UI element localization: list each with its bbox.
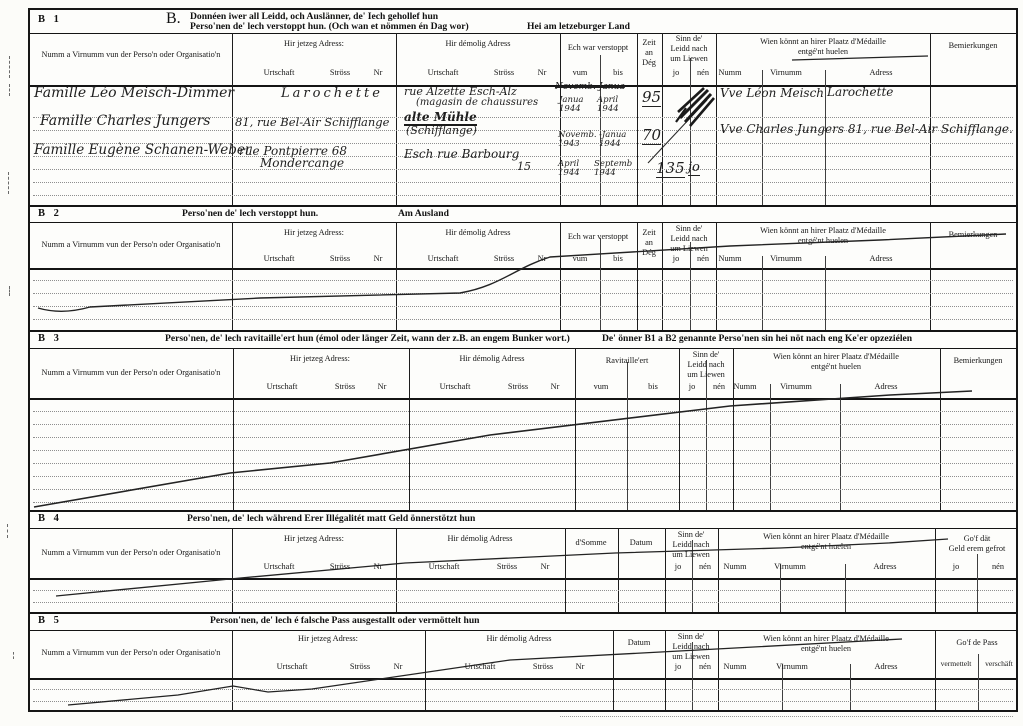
col-header-zeit: Dég [642, 248, 656, 258]
col-header-adress: Adress [874, 382, 897, 392]
col-header-wien-line2: entgé'nt huelen [801, 644, 851, 654]
grid-line [232, 33, 233, 205]
section-b4-title: Perso'nen, de' lech während Erer Illégal… [187, 513, 475, 524]
col-header-nen: nén [697, 254, 709, 264]
col-header-stross: Ströss [508, 382, 528, 392]
col-header-virnumm: Virnumm [780, 382, 812, 392]
col-header-stross: Ströss [330, 254, 350, 264]
grid-line [706, 360, 707, 510]
col-header-jo: jo [673, 254, 679, 264]
grid-line [30, 33, 1016, 34]
col-header-demolig-adress: Hir démolig Adress [446, 228, 511, 238]
col-header-virnumm: Virnumm [770, 254, 802, 264]
col-header-vermettelt: vermettelt [941, 660, 972, 669]
col-header-sinn: Leidd nach [672, 540, 709, 550]
grid-line [560, 33, 561, 205]
handwritten-name-row2: Famille Charles Jungers [40, 114, 211, 129]
col-header-bis: bis [613, 254, 623, 264]
col-header-gof-pass: Go'f de Pass [956, 638, 997, 648]
col-header-datum: Datum [630, 538, 653, 548]
col-header-numm: Numm [723, 562, 746, 572]
grid-line [662, 222, 663, 330]
col-header-zeit: an [645, 238, 653, 248]
col-header-stross: Ströss [350, 662, 370, 672]
col-header-stross: Ströss [330, 562, 350, 572]
col-header-numm: Numm [718, 68, 741, 78]
grid-line [716, 222, 717, 330]
form-b-sections: B 1 B. Donnéen iwer all Leidd, och Auslä… [28, 8, 1018, 712]
grid-line [637, 222, 638, 330]
col-header-name: Numm a Virnumm vun der Perso'n oder Orga… [42, 648, 221, 658]
col-header-jo: jo [675, 662, 681, 672]
col-header-demolig-adress: Hir démolig Adress [446, 39, 511, 49]
section-b1-id: B 1 [38, 14, 62, 25]
grid-line [30, 268, 1016, 270]
col-header-adress: Adress [873, 562, 896, 572]
col-header-vum: vum [573, 254, 588, 264]
row-line [33, 293, 1013, 294]
grid-line [935, 630, 936, 710]
row-line [33, 463, 1013, 464]
handwritten-medaille-numm-row1: Vve Léon Meisch [720, 87, 824, 100]
col-header-jetzeg-adress: Hir jetzeg Adress: [284, 228, 344, 238]
col-header-sinn: um Liewen [672, 550, 710, 560]
handwritten-medaille-row2: Vve Charles Jungers 81, rue Bel-Air Schi… [720, 123, 1013, 136]
col-header-urtschaft: Urtschaft [264, 254, 295, 264]
row-line [33, 182, 1013, 183]
row-line [33, 689, 1013, 690]
col-header-sinn: Sinn de' [676, 224, 703, 234]
handwritten-vum-row3: April 1944 [558, 160, 592, 178]
handwritten-bis-row1: April 1944 [597, 96, 635, 114]
col-header-zeit: Zeit [642, 38, 655, 48]
grid-line [718, 630, 719, 710]
grid-line [840, 384, 841, 510]
grid-line [733, 348, 734, 510]
col-header-sinn: um Liewen [670, 54, 708, 64]
col-header-zeit: Dég [642, 58, 656, 68]
grid-line [930, 33, 931, 205]
handwritten-zeit-row1: 95 [642, 90, 661, 107]
col-header-wien-line1: Wien könnt an hirer Plaatz d'Médaille [763, 634, 889, 644]
col-header-bis: bis [648, 382, 658, 392]
grid-line [850, 664, 851, 710]
grid-line [930, 222, 931, 330]
col-header-zeit: an [645, 48, 653, 58]
grid-line [690, 242, 691, 330]
row-line [33, 590, 1013, 591]
col-header-vum: vum [594, 382, 609, 392]
col-header-numm: Numm [723, 662, 746, 672]
grid-line [30, 398, 1016, 400]
col-header-jo: jo [675, 562, 681, 572]
grid-line [560, 222, 561, 330]
col-header-nr: Nr [378, 382, 387, 392]
col-header-stross: Ströss [335, 382, 355, 392]
section-b3-id: B 3 [38, 333, 62, 344]
col-header-nr: Nr [374, 562, 383, 572]
col-header-sinn: Leidd nach [672, 642, 709, 652]
col-header-urtschaft: Urtschaft [428, 68, 459, 78]
col-header-name: Numm a Virnumm vun der Perso'n oder Orga… [42, 368, 221, 378]
col-header-urtschaft: Urtschaft [465, 662, 496, 672]
col-header-nen: nén [713, 382, 725, 392]
col-header-numm: Numm [733, 382, 756, 392]
grid-line [770, 384, 771, 510]
row-line [33, 476, 1013, 477]
grid-line [627, 362, 628, 510]
col-header-urtschaft: Urtschaft [264, 562, 295, 572]
grid-line [396, 222, 397, 330]
section-b5-title: Person'nen, de' lech é falsche Pass ausg… [210, 615, 480, 626]
col-header-urtschaft: Urtschaft [440, 382, 471, 392]
grid-line [575, 348, 576, 510]
grid-line [600, 238, 601, 330]
grid-line [716, 33, 717, 205]
col-header-urtschaft: Urtschaft [277, 662, 308, 672]
grid-line [30, 612, 1016, 614]
col-header-demolig-adress: Hir démolig Adress [460, 354, 525, 364]
col-header-virnumm: Virnumm [776, 662, 808, 672]
row-line [33, 280, 1013, 281]
grid-line [618, 528, 619, 612]
col-header-sinn: Sinn de' [676, 34, 703, 44]
col-header-stross: Ströss [330, 68, 350, 78]
col-header-bemierkungen: Bemierkungen [954, 356, 1003, 366]
scan-artifact [8, 172, 9, 194]
col-header-zeit: Zeit [642, 228, 655, 238]
col-header-urtschaft: Urtschaft [264, 68, 295, 78]
col-header-nen: nén [697, 68, 709, 78]
row-line [33, 411, 1013, 412]
grid-line [396, 528, 397, 612]
col-header-vum: vum [573, 68, 588, 78]
handwritten-jo-row3: jo [688, 161, 700, 176]
col-header-bemierkungen: Bemierkungen [949, 41, 998, 51]
col-header-adress: Adress [869, 254, 892, 264]
handwritten-zeit-row3: 135 [656, 161, 685, 178]
handwritten-bis-row2: -Janua 1944 [599, 131, 637, 149]
col-header-verschaft: verschäft [985, 660, 1013, 669]
col-header-urtschaft: Urtschaft [428, 254, 459, 264]
col-header-sinn: Leidd nach [687, 360, 724, 370]
grid-line [30, 222, 1016, 223]
grid-line [30, 630, 1016, 631]
grid-line [396, 33, 397, 205]
col-header-bemierkungen: Bemierkungen [949, 230, 998, 240]
scan-artifact [9, 84, 10, 96]
handwritten-jetzeg-row1: Larochette [267, 87, 397, 101]
grid-line [30, 205, 1016, 207]
handwritten-name-row3: Famille Eugène Schanen-Weber [34, 143, 251, 157]
grid-line [30, 348, 1016, 349]
col-header-datum: Datum [628, 638, 651, 648]
handwritten-vum-row2: Novemb. 1943 [558, 131, 598, 149]
handwritten-jetzeg-row3b: Mondercange [260, 157, 344, 170]
col-header-ravitailleert: Ravitaille'ert [606, 356, 649, 366]
grid-line [665, 630, 666, 710]
row-line [33, 701, 1013, 702]
col-header-numm: Numm [718, 254, 741, 264]
grid-line [679, 348, 680, 510]
col-header-nr: Nr [551, 382, 560, 392]
row-line [33, 195, 1013, 196]
col-header-wien-line2: entgé'nt huelen [798, 236, 848, 246]
section-b4-id: B 4 [38, 513, 62, 524]
col-header-demolig-adress: Hir démolig Adress [487, 634, 552, 644]
section-b1-title-line2: Perso'nen de' lech verstoppt hun. (Och w… [190, 21, 469, 32]
row-line [33, 319, 1013, 320]
col-header-jetzeg-adress: Hir jetzeg Adress: [290, 354, 350, 364]
grid-line [665, 528, 666, 612]
scanned-form-page: B 1 B. Donnéen iwer all Leidd, och Auslä… [0, 0, 1023, 726]
row-line [33, 306, 1013, 307]
grid-line [825, 70, 826, 205]
col-header-stross: Ströss [494, 68, 514, 78]
section-b2-title-right: Am Ausland [398, 208, 449, 219]
handwritten-bis-row3: Septemb 1944 [594, 160, 638, 178]
grid-line [30, 678, 1016, 680]
col-header-sinn: Sinn de' [678, 530, 705, 540]
handwritten-vum-struck-row1: Novemb.-Janua [555, 83, 625, 92]
scan-artifact [13, 652, 14, 659]
handwritten-demolig-row1: rue Alzette Esch-Alz [404, 86, 517, 98]
col-header-nr: Nr [394, 662, 403, 672]
col-header-sinn: Leidd nach [670, 234, 707, 244]
section-b5-id: B 5 [38, 615, 62, 626]
col-header-name: Numm a Virnumm vun der Perso'n oder Orga… [42, 548, 221, 558]
grid-line [565, 528, 566, 612]
col-header-demolig-adress: Hir démolig Adress [448, 534, 513, 544]
col-header-nr: Nr [374, 254, 383, 264]
handwritten-name-row1: Famille Léo Meisch-Dimmer [34, 86, 234, 101]
col-header-jetzeg-adress: Hir jetzeg Adress: [284, 39, 344, 49]
grid-line [637, 33, 638, 205]
col-header-nr: Nr [541, 562, 550, 572]
handwritten-demolig-row3b: 15 [517, 161, 531, 173]
grid-line [232, 630, 233, 710]
col-header-adress: Adress [874, 662, 897, 672]
scan-artifact [9, 56, 10, 78]
col-header-adress: Adress [869, 68, 892, 78]
col-header-sinn: um Liewen [672, 652, 710, 662]
row-line [33, 502, 1013, 503]
col-header-jo: jo [673, 68, 679, 78]
col-header-stross: Ströss [533, 662, 553, 672]
col-header-wien-line1: Wien könnt an hirer Plaatz d'Médaille [760, 37, 886, 47]
col-header-virnumm: Virnumm [770, 68, 802, 78]
col-header-wien-line1: Wien könnt an hirer Plaatz d'Médaille [760, 226, 886, 236]
grid-line [613, 630, 614, 710]
col-header-urtschaft: Urtschaft [267, 382, 298, 392]
col-header-wien-line2: entgé'nt huelen [798, 47, 848, 57]
section-b2-title: Perso'nen de' lech verstoppt hun. [182, 208, 318, 219]
col-header-urtschaft: Urtschaft [429, 562, 460, 572]
section-b1-letter: B. [166, 10, 181, 28]
scan-artifact [9, 286, 10, 296]
col-header-name: Numm a Virnumm vun der Perso'n oder Orga… [42, 50, 221, 60]
col-header-verstoppt: Ech war verstoppt [568, 43, 628, 53]
grid-line [425, 630, 426, 710]
row-line [33, 437, 1013, 438]
grid-line [662, 33, 663, 205]
row-line [33, 602, 1013, 603]
col-header-sinn: Sinn de' [693, 350, 720, 360]
col-header-sinn: Leidd nach [670, 44, 707, 54]
handwritten-demolig-row3: Esch rue Barbourg [404, 148, 519, 161]
col-header-nen: nén [699, 562, 711, 572]
col-header-wien-line1: Wien könnt an hirer Plaatz d'Médaille [773, 352, 899, 362]
grid-line [30, 528, 1016, 529]
col-header-jetzeg-adress: Hir jetzeg Adress: [284, 534, 344, 544]
col-header-virnumm: Virnumm [774, 562, 806, 572]
grid-line [233, 348, 234, 510]
col-header-jo: jo [689, 382, 695, 392]
col-header-stross: Ströss [497, 562, 517, 572]
col-header-wien-line2: entgé'nt huelen [811, 362, 861, 372]
grid-line [940, 348, 941, 510]
handwritten-jetzeg-row2: 81, rue Bel-Air Schifflange [235, 116, 389, 128]
col-header-sinn: um Liewen [687, 370, 725, 380]
grid-line [30, 510, 1016, 512]
grid-line [232, 528, 233, 612]
col-header-jo: jo [953, 562, 959, 572]
col-header-name: Numm a Virnumm vun der Perso'n oder Orga… [42, 240, 221, 250]
section-b1-title-right: Hei am letzeburger Land [527, 21, 630, 32]
grid-line [232, 222, 233, 330]
handwritten-zeit-row2: 70 [642, 128, 661, 145]
col-header-nr: Nr [576, 662, 585, 672]
scan-artifact [560, 716, 1013, 717]
grid-line [935, 528, 936, 612]
handwritten-medaille-adress-row1: Larochette [827, 86, 893, 99]
col-header-nr: Nr [538, 68, 547, 78]
grid-line [409, 348, 410, 510]
handwritten-demolig-row2b: (Schifflange) [406, 125, 477, 137]
col-header-nr: Nr [374, 68, 383, 78]
col-header-verstoppt: Ech war verstoppt [568, 232, 628, 242]
grid-line [30, 578, 1016, 580]
handwritten-demolig-row1b: (magasin de chaussures [416, 98, 538, 109]
col-header-stross: Ströss [494, 254, 514, 264]
section-b2-id: B 2 [38, 208, 62, 219]
col-header-bis: bis [613, 68, 623, 78]
col-header-nen: nén [699, 662, 711, 672]
scan-artifact [7, 524, 8, 538]
grid-line [30, 330, 1016, 332]
col-header-nr: Nr [538, 254, 547, 264]
col-header-wien-line2: entgé'nt huelen [801, 542, 851, 552]
row-line [33, 424, 1013, 425]
row-line [33, 450, 1013, 451]
grid-line [718, 528, 719, 612]
col-header-wien-line1: Wien könnt an hirer Plaatz d'Médaille [763, 532, 889, 542]
grid-line [977, 554, 978, 612]
section-b3-title: Perso'nen, de' lech ravitaille'ert hun (… [165, 333, 570, 344]
section-b3-title-right: De' önner B1 a B2 genannte Perso'nen sin… [602, 333, 912, 344]
col-header-gof-geld-line1: Go'f dät [964, 534, 991, 544]
col-header-sinn: Sinn de' [678, 632, 705, 642]
grid-line [845, 564, 846, 612]
col-header-jetzeg-adress: Hir jetzeg Adress: [298, 634, 358, 644]
col-header-somme: d'Somme [576, 538, 607, 548]
col-header-nen: nén [992, 562, 1004, 572]
handwritten-vum-row1: Janua 1944 [559, 96, 595, 114]
col-header-gof-geld-line2: Geld erem gefrot [949, 544, 1006, 554]
row-line [33, 489, 1013, 490]
col-header-sinn: um Liewen [670, 244, 708, 254]
